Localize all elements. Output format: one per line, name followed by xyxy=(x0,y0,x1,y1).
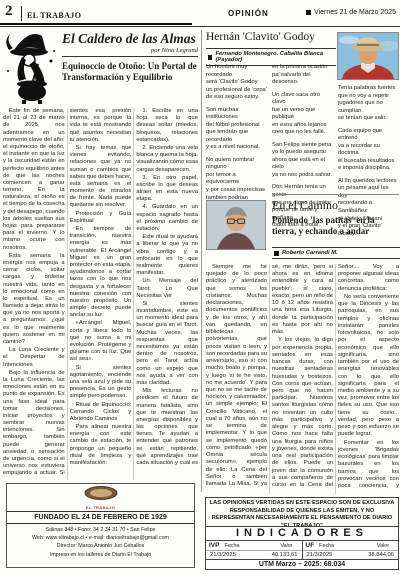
article-paragraph: 3. En otro papel, escribe lo que deseas … xyxy=(136,175,198,204)
ivp-column: IVP Fecha Valor 21/3/2025 40.133,61 xyxy=(206,541,302,559)
footer-director: Director: Marco Antonio Juri Ceballos xyxy=(7,542,194,550)
caldero-author: por Nina Legrand xyxy=(62,47,198,57)
valor-label: Valor xyxy=(377,543,389,549)
section-vertical-divider xyxy=(201,30,202,492)
square-bullet-icon xyxy=(274,251,279,256)
section-title: OPINIÓN xyxy=(228,9,269,18)
utm-value: UTM Marzo – 2025: 68.034 xyxy=(206,560,398,570)
issue-date: Viernes 21 de Marzo 2025 xyxy=(306,9,396,16)
ivp-valor: 40.133,61 xyxy=(272,552,298,558)
issue-date-label: Viernes 21 de Marzo 2025 xyxy=(314,9,396,16)
article-paragraph: Si hay temas que vienes evitando, relaci… xyxy=(70,145,132,210)
footer-details: Salinas 348 • Fono: 34 2 34 31 70 • San … xyxy=(7,526,194,559)
poem-stanza: Tenía palabras fuertes que no voy a repe… xyxy=(338,85,398,123)
article-paragraph: Este ritual te ayudará a liberar lo que … xyxy=(136,234,198,277)
header-rule xyxy=(0,26,400,27)
article-paragraph: Esta semana la energía nos empuja a cerr… xyxy=(3,253,65,346)
page-number: 2 xyxy=(5,3,13,20)
ivp-fecha: 21/3/2025 xyxy=(210,552,236,558)
uf-fecha: 21/3/2025 xyxy=(307,552,333,558)
founded-box: EL TRABAJO FUNDADO EL 24 DE FEBRERO DE 1… xyxy=(6,483,195,568)
poem-stanza: Cada equipo que entrenó va a recordar su… xyxy=(338,128,398,173)
caldero-header: El Caldero de las Almas por Nina Legrand… xyxy=(62,32,198,84)
article-paragraph: Protección y Guía Espiritual xyxy=(70,211,132,225)
newspaper-opinion-page: 2 EL TRABAJO OPINIÓN Viernes 21 de Marzo… xyxy=(0,0,400,574)
fecha-label: Fecha xyxy=(224,543,239,549)
uf-label: UF xyxy=(306,542,315,549)
header-divider xyxy=(21,6,22,21)
poem-stanza: Un hombre muy recordado será 'Clavito' G… xyxy=(206,64,268,102)
caldero-article-body: Este fin de semana, del 21 al 23 de marz… xyxy=(3,108,198,480)
poem-stanza: Un clavo saca otro clavo fue un verso qu… xyxy=(272,92,334,137)
camino-headline: Poniendo 'las patitas' en la tierra, y e… xyxy=(272,215,399,237)
indicadores-box: INDICADORES IVP Fecha Valor 21/3/2025 40… xyxy=(205,526,399,570)
clavito-title: Hernán 'Clavito' Godoy xyxy=(206,31,334,43)
footer-web: Web: www.eltrabajo.cl • e-mail: diarioel… xyxy=(7,534,194,542)
camino-byline: Roberto Carrandi M. xyxy=(272,247,400,259)
ivp-value-row: 21/3/2025 40.133,61 xyxy=(206,551,302,559)
founded-line: FUNDADO EL 24 DE FEBRERO DE 1929 xyxy=(7,511,194,524)
poem-stanza: Son muchas instituciones del fútbol prof… xyxy=(206,107,268,152)
article-paragraph: La Luna Creciente y el Despertar de Inte… xyxy=(3,347,65,369)
camino-title: En el Camino xyxy=(272,198,399,213)
caldero-title: El Caldero de las Almas xyxy=(62,32,198,46)
square-bullet-icon xyxy=(306,10,311,15)
article-paragraph: Si sientes incertidumbre, este es un mom… xyxy=(136,301,198,387)
ivp-header-row: IVP Fecha Valor xyxy=(206,541,302,551)
header-rule-thick xyxy=(0,23,192,25)
footer-address: Salinas 348 • Fono: 34 2 34 31 70 • San … xyxy=(7,526,194,534)
article-paragraph: «Arcángel Miguel, corta y libera todo lo… xyxy=(70,320,132,363)
caldero-headline: Equinoccio de Otoño: Un Portal de Transf… xyxy=(62,61,198,84)
article-paragraph: No sería conveniente que la Diócesis y l… xyxy=(338,294,399,439)
square-bullet-icon xyxy=(208,55,212,60)
article-paragraph: Un Mensaje del Tarot: Lo Que Necesitas V… xyxy=(136,278,198,300)
camino-header: En el Camino Poniendo 'las patitas' en l… xyxy=(272,194,399,237)
article-paragraph: 1. Escribe en una hoja seca lo que desea… xyxy=(136,108,198,144)
uf-header-row: UF Fecha Valor xyxy=(303,541,399,551)
logo-caption: EL TRABAJO xyxy=(81,505,121,510)
ivp-label: IVP xyxy=(209,542,219,549)
article-paragraph: 4. Guárdalo en un espacio sagrado hasta … xyxy=(136,204,198,233)
poem-stanza: San Felipe siente pena yo lo puedo asegu… xyxy=(272,142,334,180)
camino-author: Roberto Carrandi M. xyxy=(282,250,338,256)
fecha-label: Fecha xyxy=(319,543,334,549)
article-paragraph: Este fin de semana, del 21 al 23 de marz… xyxy=(3,108,65,252)
clavito-author: Fernando Montenegro. Cabalita Blanca (Pa… xyxy=(215,51,336,63)
camino-article-body: Siempre me he quejado de lo poco práctic… xyxy=(206,264,399,494)
valor-label: Valor xyxy=(280,543,292,549)
witch-cauldron-illustration xyxy=(2,31,60,110)
article-paragraph: En tiempos de transición, nuestra energí… xyxy=(70,226,132,319)
indicadores-table: IVP Fecha Valor 21/3/2025 40.133,61 UF F… xyxy=(206,541,398,560)
el-trabajo-logo: EL TRABAJO xyxy=(81,486,121,510)
article-paragraph: Para alinear nuestra energía con este ca… xyxy=(70,424,132,467)
footer-printed: Impreso en los talleres de Diario El Tra… xyxy=(7,551,194,559)
article-paragraph: Ritual de Equinoccio: Cerrando Ciclos y … xyxy=(70,402,132,424)
uf-value-row: 21/3/2025 38.844,06 xyxy=(303,551,399,559)
carrandi-photo xyxy=(206,200,266,250)
masthead: EL TRABAJO xyxy=(27,11,81,20)
uf-column: UF Fecha Valor 21/3/2025 38.844,06 xyxy=(302,541,399,559)
poem-stanza: en la primera ocasión pa' salvarlo del d… xyxy=(272,64,334,87)
article-paragraph: 2. Enciende una vela blanca y quema la h… xyxy=(136,145,198,174)
clavito-photo xyxy=(337,32,399,80)
uf-valor: 38.844,06 xyxy=(368,552,394,558)
indicadores-title: INDICADORES xyxy=(206,527,398,541)
article-paragraph: Si sientes agotamiento, enciende una vel… xyxy=(70,365,132,401)
